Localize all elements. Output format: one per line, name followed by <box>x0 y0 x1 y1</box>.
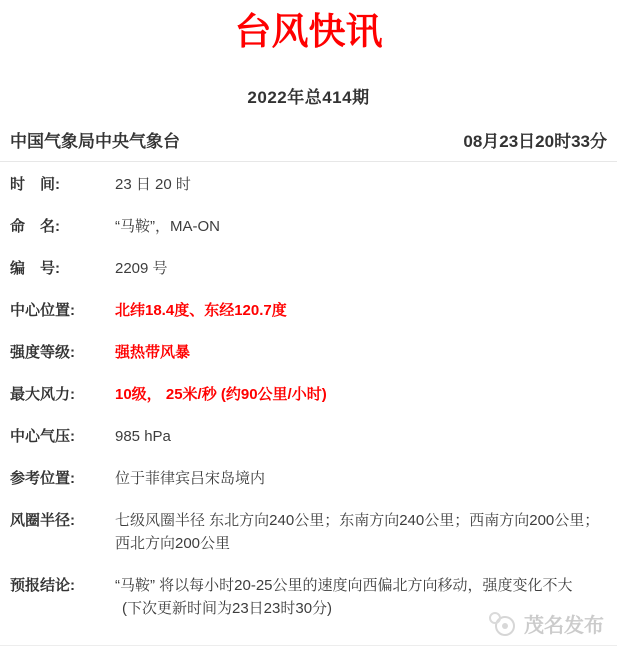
issue-number: 2022年总414期 <box>0 88 617 108</box>
bottom-divider <box>0 645 617 646</box>
field-label: 中心位置: <box>10 299 115 322</box>
row-name: 命 名: “马鞍”，MA-ON <box>0 215 617 238</box>
field-label: 预报结论: <box>10 574 115 620</box>
row-number: 编 号: 2209 号 <box>0 257 617 280</box>
field-value: 北纬18.4度、东经120.7度 <box>115 299 603 322</box>
field-value: “马鞍”，MA-ON <box>115 215 603 238</box>
row-time: 时 间: 23 日 20 时 <box>0 173 617 196</box>
row-reference-position: 参考位置: 位于菲律宾吕宋岛境内 <box>0 467 617 490</box>
field-value: 985 hPa <box>115 425 603 448</box>
field-value: 强热带风暴 <box>115 341 603 364</box>
field-label: 编 号: <box>10 257 115 280</box>
field-value: 位于菲律宾吕宋岛境内 <box>115 467 603 490</box>
row-center-position: 中心位置: 北纬18.4度、东经120.7度 <box>0 299 617 322</box>
header-divider <box>0 161 617 162</box>
agency-header: 中国气象局中央气象台 08月23日20时33分 <box>0 132 617 152</box>
field-label: 最大风力: <box>10 383 115 406</box>
field-value: 10级， 25米/秒 (约90公里/小时) <box>115 383 603 406</box>
bulletin-body: 时 间: 23 日 20 时 命 名: “马鞍”，MA-ON 编 号: 2209… <box>0 173 617 620</box>
field-value: 23 日 20 时 <box>115 173 603 196</box>
publish-time: 08月23日20时33分 <box>463 132 607 152</box>
field-value: 2209 号 <box>115 257 603 280</box>
field-label: 参考位置: <box>10 467 115 490</box>
maoming-fabu-logo-icon <box>487 610 518 638</box>
forecast-text: “马鞍” 将以每小时20-25公里的速度向西偏北方向移动，强度变化不大 <box>115 577 573 594</box>
typhoon-bulletin-page: 台风快讯 2022年总414期 中国气象局中央气象台 08月23日20时33分 … <box>0 0 617 653</box>
row-center-pressure: 中心气压: 985 hPa <box>0 425 617 448</box>
field-label: 中心气压: <box>10 425 115 448</box>
page-title: 台风快讯 <box>0 10 617 54</box>
row-wind-circle-radius: 风圈半径: 七级风圈半径 东北方向240公里；东南方向240公里；西南方向200… <box>0 509 617 555</box>
field-value: 七级风圈半径 东北方向240公里；东南方向240公里；西南方向200公里；西北方… <box>115 509 603 555</box>
field-label: 强度等级: <box>10 341 115 364</box>
field-label: 命 名: <box>10 215 115 238</box>
watermark-label: 茂名发布 <box>524 609 604 638</box>
row-intensity-level: 强度等级: 强热带风暴 <box>0 341 617 364</box>
field-label: 时 间: <box>10 173 115 196</box>
watermark: 茂名发布 <box>487 609 604 638</box>
agency-name: 中国气象局中央气象台 <box>10 132 180 152</box>
row-max-wind: 最大风力: 10级， 25米/秒 (约90公里/小时) <box>0 383 617 406</box>
field-label: 风圈半径: <box>10 509 115 555</box>
